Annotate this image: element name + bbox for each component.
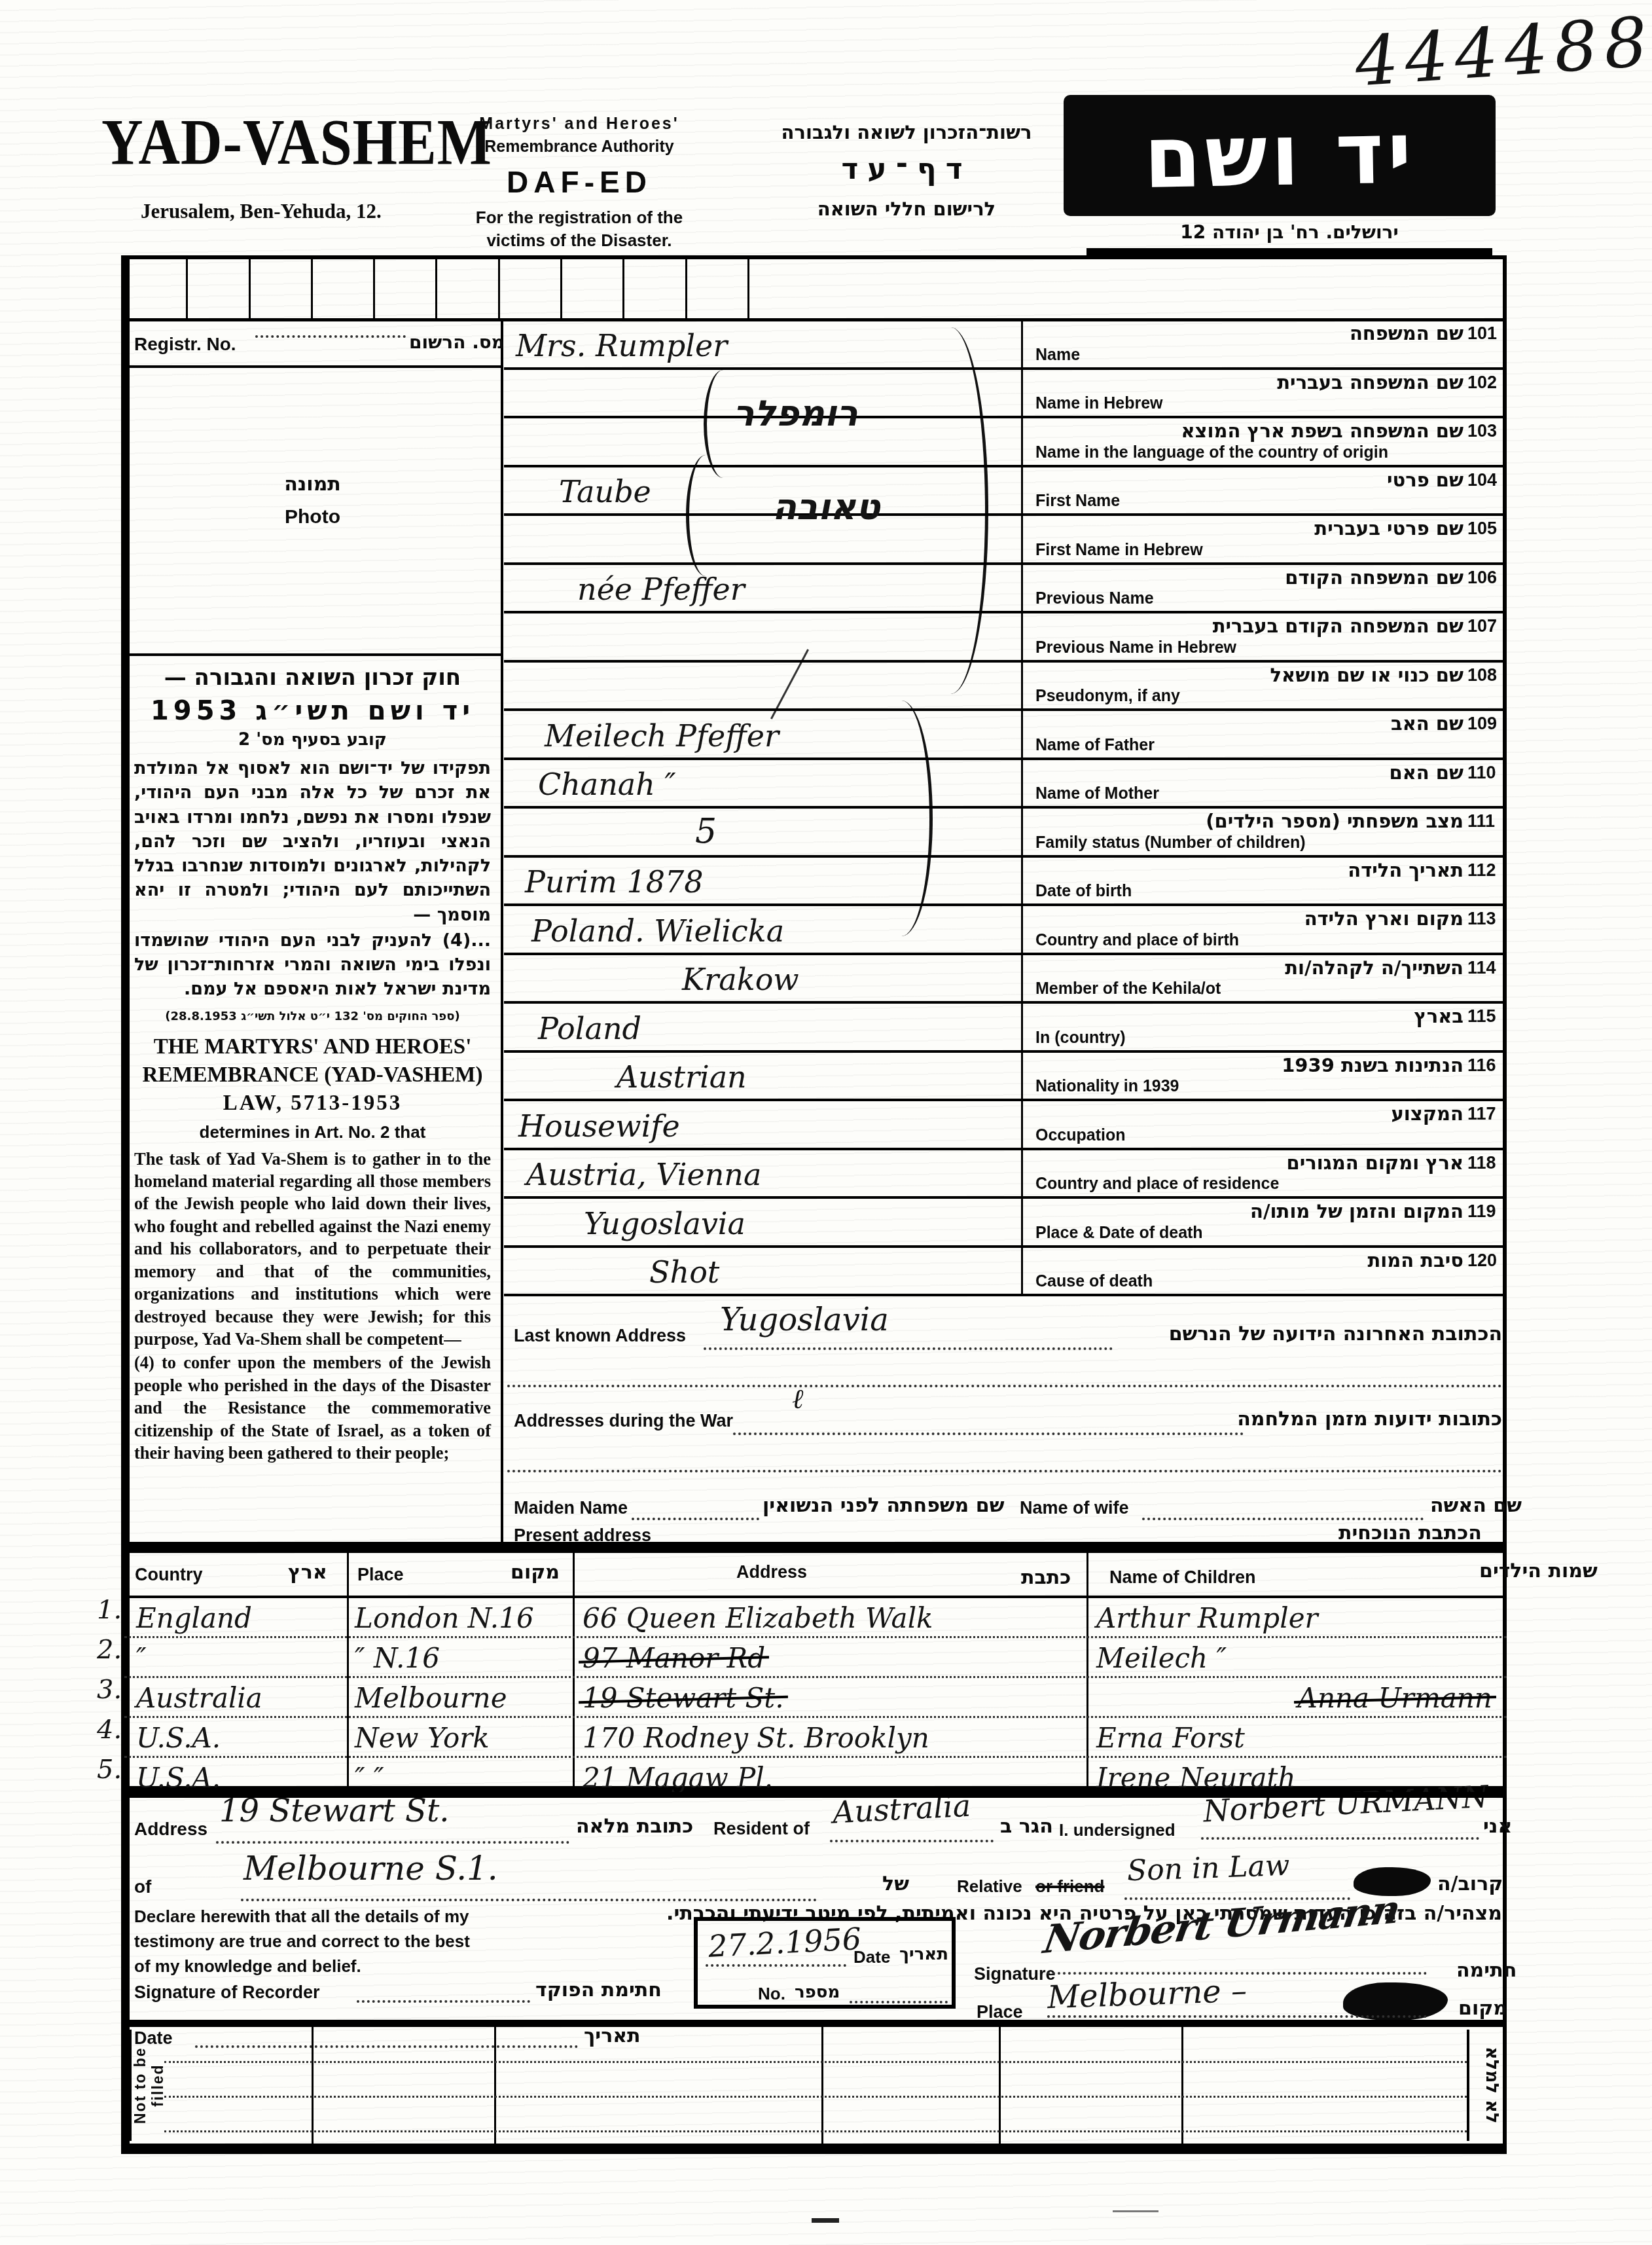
table-divider (1181, 2027, 1183, 2144)
last-known-address-label-hebrew: הכתובת האחרונה הידועה של הנרשם (1126, 1323, 1502, 1345)
field-number: 115 (1467, 1006, 1505, 1027)
resident-of-label: Resident of (713, 1819, 810, 1839)
field-number: 107 (1467, 616, 1505, 636)
signature-label-hebrew: חתימה (1456, 1959, 1517, 1982)
field-number: 120 (1467, 1250, 1505, 1271)
field-number: 114 (1467, 958, 1505, 978)
maiden-name-label: Maiden Name (514, 1498, 628, 1518)
code-box (624, 259, 687, 319)
last-known-address-value: Yugoslavia (720, 1302, 889, 1338)
addresses-during-war-label: Addresses during the War (514, 1411, 733, 1431)
field-number: 109 (1467, 714, 1505, 734)
dotted-rule (164, 2096, 1467, 2098)
field-value-handwritten: née Pfeffer (577, 572, 745, 607)
logo-text: יד ושם (1143, 103, 1416, 208)
name-of-wife-label: Name of wife (1020, 1498, 1129, 1518)
no-label: No. (758, 1984, 785, 2004)
law-text-en: The task of Yad Va-Shem is to gather in … (134, 1148, 491, 1351)
dotted-line (216, 1841, 569, 1844)
field-row-120: 120סיבת המותCause of deathShot (504, 1248, 1507, 1297)
law-title-he-2: יד ושם תשי״ג 1953 (134, 696, 491, 726)
field-number: 103 (1467, 421, 1505, 441)
field-value-handwritten: Austrian (617, 1059, 747, 1095)
field-value-handwritten: Chanah ″ (538, 767, 676, 802)
field-value-handwritten: Poland (538, 1011, 641, 1046)
field-label-english: Name of Father (1035, 736, 1155, 755)
law-text-he: תפקידו של יד־ושם הוא לאסוף אל המולדת את … (134, 756, 491, 927)
field-number: 105 (1467, 519, 1505, 539)
authority-line2: Remembrance Authority (455, 137, 704, 156)
child-name: Arthur Rumpler (1096, 1602, 1318, 1634)
authority-line1: Martyrs' and Heroes' (455, 115, 704, 134)
law-title-en-3: LAW, 5713-1953 (134, 1091, 491, 1116)
law-title-he-3: קובע בסעיף מס' 2 (134, 730, 491, 750)
of-value: Melbourne S.1. (243, 1850, 498, 1888)
child-name: Meilech ″ (1096, 1642, 1227, 1674)
law-text-en-2: (4) to confer upon the members of the Je… (134, 1351, 491, 1464)
signature-of-recorder-label: Signature of Recorder (134, 1982, 320, 2003)
declaration-line3: of my knowledge and belief. (134, 1956, 605, 1977)
dotted-rule (507, 1470, 1502, 1472)
child-address: 21 Magaw Pl. (583, 1762, 773, 1794)
field-row-110: 110שם האםName of MotherChanah ″ (504, 760, 1507, 809)
field-row-109: 109שם האבName of FatherMeilech Pfeffer (504, 711, 1507, 760)
field-value-handwritten: Taube (559, 474, 651, 509)
field-number: 116 (1467, 1055, 1505, 1076)
code-box (188, 259, 250, 319)
field-label-english: Name (1035, 346, 1080, 365)
child-address: 66 Queen Elizabeth Walk (583, 1602, 933, 1634)
field-label-english: Date of birth (1035, 882, 1132, 901)
yad-vashem-logo: יד ושם (1064, 95, 1496, 216)
dotted-rule (507, 1385, 1502, 1387)
address-header-hebrew: כתבת (1021, 1566, 1071, 1589)
date-label: Date (853, 1947, 890, 1967)
field-value-handwritten: Housewife (518, 1108, 680, 1144)
place-label-hebrew: מקום (1458, 1997, 1507, 2020)
child-place: London N.16 (355, 1602, 534, 1634)
declaration-line2: testimony are true and correct to the be… (134, 1931, 605, 1952)
children-row-number: 5. (97, 1755, 122, 1785)
photo-area: תמונה Photo (124, 368, 501, 653)
dotted-line (357, 2000, 530, 2003)
child-country: U.S.A. (136, 1762, 221, 1794)
office-use-table: Not to be filled לא למלא (124, 2020, 1507, 2149)
field-number: 102 (1467, 373, 1505, 393)
code-box (687, 259, 749, 319)
registr-no-line (255, 335, 406, 338)
declaration-line1: Declare herewith that all the details of… (134, 1907, 605, 1927)
field-number: 117 (1467, 1104, 1505, 1124)
undersigned-label: I. undersigned (1059, 1820, 1176, 1840)
code-box (562, 259, 624, 319)
not-to-be-filled-label-hebrew: לא למלא (1467, 2030, 1502, 2141)
code-boxes-strip (126, 259, 749, 319)
dotted-line (1201, 1837, 1479, 1840)
field-label-hebrew: שם המשפחה בעברית (1277, 371, 1463, 393)
field-value-handwritten: Purim 1878 (525, 864, 704, 900)
children-table-row: EnglandLondon N.1666 Queen Elizabeth Wal… (124, 1598, 1507, 1638)
org-address: Jerusalem, Ben-Yehuda, 12. (141, 200, 382, 223)
dotted-line (1142, 1518, 1424, 1520)
child-name: Erna Forst (1096, 1722, 1245, 1754)
law-title-he-1: חוק זכרון השואה והגבורה — (134, 665, 491, 691)
ruled-line (124, 653, 501, 656)
thick-rule (124, 1792, 1507, 1798)
field-number: 106 (1467, 568, 1505, 588)
dotted-line (632, 1518, 759, 1520)
code-box (500, 259, 562, 319)
field-label-hebrew: שם פרטי בעברית (1314, 517, 1463, 539)
law-source-he: (ספר החוקים מס' 132 י״ט אלול תשי״ג 28.8.… (134, 1010, 491, 1023)
field-label-english: In (country) (1035, 1029, 1126, 1048)
addresses-during-war-label-hebrew: כתובות ידועות מזמן המלחמה (1247, 1408, 1502, 1431)
field-label-hebrew: בארץ (1414, 1005, 1463, 1027)
field-label-english: Family status (Number of children) (1035, 833, 1306, 852)
field-label-hebrew: שם האם (1389, 761, 1463, 784)
country-header-hebrew: ארץ (288, 1561, 327, 1584)
name-of-wife-label-hebrew: שם האשה (1430, 1494, 1522, 1517)
field-label-english: First Name in Hebrew (1035, 541, 1203, 560)
field-label-hebrew: הנתינות בשנת 1939 (1282, 1054, 1463, 1076)
child-name: Anna Urmann (1298, 1682, 1492, 1714)
child-place: Melbourne (355, 1682, 507, 1714)
field-row-108: 108שם כנוי או שם מושאלPseudonym, if any (504, 663, 1507, 712)
child-country: U.S.A. (136, 1722, 221, 1754)
date-box: 27.2.1956 Date תאריך No. מספר (694, 1917, 956, 2009)
field-label-hebrew: שם פרטי (1387, 469, 1463, 491)
field-label-english: Pseudonym, if any (1035, 687, 1180, 706)
field-number: 112 (1467, 860, 1505, 881)
declaration-english: Declare herewith that all the details of… (134, 1907, 605, 1977)
org-name: YAD-VASHEM (101, 106, 492, 180)
dotted-line (850, 2001, 948, 2003)
field-label-hebrew: תאריך הלידה (1348, 859, 1463, 881)
child-address: 19 Stewart St. (583, 1682, 784, 1714)
field-label-hebrew: שם המשפחה בשפת ארץ המוצא (1181, 420, 1463, 442)
dotted-rule (164, 2061, 1467, 2063)
registr-no-label: Registr. No. (134, 334, 236, 355)
child-place: ″ N.16 (355, 1642, 440, 1674)
field-number: 104 (1467, 470, 1505, 490)
law-title-en-1: THE MARTYRS' AND HEROES' (134, 1035, 491, 1059)
child-address: 97 Manor Rd (583, 1642, 765, 1674)
field-value-handwritten: Krakow (682, 962, 799, 997)
field-label-hebrew: שם המשפחה (1350, 322, 1463, 344)
dotted-line (704, 1347, 1113, 1350)
children-row-number: 3. (97, 1675, 122, 1705)
field-label-hebrew: ארץ ומקום המגורים (1287, 1152, 1463, 1174)
field-number: 113 (1467, 909, 1505, 929)
field-row-104: 104שם פרטיFirst NameTaubeטאובה (504, 467, 1507, 517)
child-country: ″ (136, 1642, 147, 1674)
address-value: 19 Stewart St. (219, 1793, 450, 1829)
child-address: 170 Rodney St. Brooklyn (583, 1722, 929, 1754)
scan-artifact (1113, 2210, 1158, 2212)
of-label: of (134, 1876, 151, 1897)
maiden-name-label-hebrew: שם משפחתה לפני הנשואין (763, 1494, 1004, 1517)
place-header-hebrew: מקום (511, 1561, 560, 1584)
logo-address: ירושלים. רח' בן יהודה 12 (1086, 221, 1492, 256)
no-label-hebrew: מספר (795, 1982, 840, 2002)
field-label-hebrew: המקצוע (1392, 1103, 1463, 1125)
registr-no-label-hebrew: מס. הרשום (409, 331, 505, 353)
date-value: 27.2.1956 (708, 1921, 863, 1964)
field-label-english: Country and place of birth (1035, 931, 1239, 950)
dotted-line (706, 1964, 846, 1967)
scanned-testimony-page: 444488 YAD-VASHEM Jerusalem, Ben-Yehuda,… (0, 0, 1652, 2245)
children-table-row: AustraliaMelbourne19 Stewart St.Anna Urm… (124, 1678, 1507, 1718)
form-code: DAF-ED (455, 164, 704, 200)
child-place: ″ ″ (355, 1762, 384, 1794)
field-label-english: Place & Date of death (1035, 1224, 1203, 1243)
field-value-handwritten: Shot (649, 1254, 719, 1290)
field-number: 108 (1467, 665, 1505, 685)
field-value-handwritten: Meilech Pfeffer (545, 718, 779, 754)
field-row-103: 103שם המשפחה בשפת ארץ המוצאName in the l… (504, 418, 1507, 467)
scan-artifact (812, 2218, 839, 2223)
field-label-english: Previous Name in Hebrew (1035, 638, 1236, 657)
field-value-handwritten: 5 (695, 812, 717, 851)
thick-rule (124, 1542, 1507, 1548)
children-table: Country ארץ Place מקום Address כתבת Name… (124, 1547, 1507, 1792)
authority-hebrew: רשות־הזכרון לשואה ולגבורה (779, 121, 1034, 143)
authority-block: Martyrs' and Heroes' Remembrance Authori… (455, 115, 704, 251)
children-table-row: ″″ N.1697 Manor RdMeilech ″ (124, 1638, 1507, 1678)
field-number: 101 (1467, 323, 1505, 344)
relative-label: Relative (957, 1876, 1022, 1897)
code-box (375, 259, 437, 319)
child-country: Australia (136, 1682, 262, 1714)
field-value-handwritten: Poland. Wielicka (531, 913, 784, 949)
not-to-be-filled-label: Not to be filled (129, 2030, 164, 2141)
purpose-line2: victims of the Disaster. (455, 230, 704, 251)
resident-hebrew: הגר ב (1000, 1815, 1053, 1838)
field-value-handwritten: Austria, Vienna (526, 1157, 761, 1192)
field-label-hebrew: מקום וארץ הלידה (1304, 907, 1463, 930)
child-country: England (136, 1602, 252, 1634)
children-header: Name of Children (1109, 1567, 1256, 1588)
law-subtitle-en: determines in Art. No. 2 that (134, 1122, 491, 1142)
relative-hebrew: קרוב/ה (1437, 1872, 1503, 1895)
field-number: 110 (1467, 763, 1505, 783)
code-box (437, 259, 499, 319)
purpose-hebrew: לרישום חללי השואה (779, 198, 1034, 220)
field-row-101: 101שם המשפחהNameMrs. Rumpler (504, 321, 1507, 370)
field-row-105: 105שם פרטי בעבריתFirst Name in Hebrew (504, 516, 1507, 565)
signature-label: Signature (974, 1964, 1056, 1984)
registration-number-handwritten: 444488 (1352, 1, 1652, 102)
last-known-address-label: Last known Address (514, 1326, 686, 1346)
place-header: Place (357, 1565, 404, 1585)
purpose-line1: For the registration of the (455, 208, 704, 228)
children-header-hebrew: שמות הילדים (1479, 1560, 1598, 1582)
children-table-row: U.S.A.New York170 Rodney St. BrooklynErn… (124, 1718, 1507, 1758)
dotted-line (733, 1433, 1244, 1435)
field-value-handwritten: Mrs. Rumpler (516, 328, 727, 363)
country-header: Country (135, 1565, 203, 1585)
photo-label-english: Photo (124, 506, 501, 528)
address-header: Address (736, 1562, 807, 1582)
addresses-during-war-scribble: ℓ (792, 1383, 804, 1415)
field-label-english: First Name (1035, 492, 1120, 511)
field-label-hebrew: שם כנוי או שם מושאל (1270, 664, 1463, 686)
dotted-line (241, 1899, 817, 1901)
present-address-label-hebrew: הכתבת הנוכחית (1338, 1522, 1482, 1544)
field-label-english: Name in Hebrew (1035, 394, 1163, 413)
field-label-hebrew: שם האב (1391, 712, 1463, 735)
field-label-english: Name in the language of the country of o… (1035, 443, 1388, 462)
child-name: Irene Neurath (1096, 1762, 1295, 1794)
field-label-hebrew: סיבת המות (1367, 1249, 1463, 1271)
field-label-hebrew: שם המשפחה הקודם בעברית (1213, 615, 1463, 637)
field-row-112: 112תאריך הלידהDate of birthPurim 1878 (504, 858, 1507, 907)
field-row-106: 106שם המשפחה הקודםPrevious Namenée Pfeff… (504, 565, 1507, 614)
field-row-107: 107שם המשפחה הקודם בעבריתPrevious Name i… (504, 613, 1507, 663)
field-number: 118 (1467, 1153, 1505, 1173)
table-divider (821, 2027, 823, 2144)
field-label-hebrew: השתייך/ה לקהלה/ות (1285, 957, 1463, 979)
photo-label-hebrew: תמונה (124, 473, 501, 496)
dotted-line (830, 1840, 994, 1842)
field-label-english: Occupation (1035, 1126, 1126, 1145)
code-box (251, 259, 313, 319)
relative-struck-label: or friend (1035, 1876, 1104, 1897)
law-sidebar: חוק זכרון השואה והגבורה — יד ושם תשי״ג 1… (134, 665, 491, 1465)
relative-value: Son in Law (1126, 1849, 1290, 1888)
field-row-111: 111מצב משפחתי (מספר הילדים)Family status… (504, 809, 1507, 858)
field-row-115: 115בארץIn (country)Poland (504, 1004, 1507, 1053)
place-value: Melbourne – (1047, 1973, 1248, 2017)
field-row-118: 118ארץ ומקום המגוריםCountry and place of… (504, 1150, 1507, 1199)
field-row-119: 119המקום והזמן של מותו/הPlace & Date of … (504, 1199, 1507, 1248)
field-number: 119 (1467, 1201, 1505, 1222)
field-label-english: Name of Mother (1035, 784, 1159, 803)
law-title-en-2: REMEMBRANCE (YAD-VASHEM) (134, 1063, 491, 1087)
field-label-english: Country and place of residence (1035, 1175, 1279, 1194)
undersigned-hebrew: אני (1483, 1815, 1512, 1838)
field-row-102: 102שם המשפחה בעבריתName in Hebrewרומפלר (504, 370, 1507, 419)
dotted-line (1047, 2015, 1427, 2018)
law-text-he-2: ...(4) להעניק לבני העם היהודי שהושמדו ונ… (134, 928, 491, 1002)
field-row-114: 114השתייך/ה לקהלה/ותMember of the Kehila… (504, 955, 1507, 1004)
field-label-hebrew: המקום והזמן של מותו/ה (1250, 1200, 1463, 1222)
table-divider (999, 2027, 1001, 2144)
form-code-hebrew: דף־עד (779, 153, 1034, 186)
dotted-rule (164, 2130, 1467, 2132)
child-place: New York (355, 1722, 490, 1754)
field-label-english: Cause of death (1035, 1272, 1153, 1291)
field-row-113: 113מקום וארץ הלידהCountry and place of b… (504, 906, 1507, 955)
field-label-english: Previous Name (1035, 589, 1154, 608)
field-label-english: Member of the Kehila/ot (1035, 979, 1221, 998)
code-box (313, 259, 375, 319)
table-divider (312, 2027, 314, 2144)
field-row-117: 117המקצועOccupationHousewife (504, 1101, 1507, 1150)
field-row-116: 116הנתינות בשנת 1939Nationality in 1939A… (504, 1053, 1507, 1102)
signature-of-recorder-hebrew: חתימת הפוקד (535, 1979, 662, 2001)
address-label: Address (134, 1819, 207, 1840)
children-row-number: 4. (97, 1715, 122, 1745)
field-label-hebrew: שם המשפחה הקודם (1285, 566, 1463, 589)
code-box (126, 259, 188, 319)
authority-block-hebrew: רשות־הזכרון לשואה ולגבורה דף־עד לרישום ח… (779, 121, 1034, 220)
full-address-hebrew: כתובת מלאה (576, 1815, 693, 1838)
children-row-number: 1. (97, 1595, 122, 1625)
field-value-handwritten: Yugoslavia (584, 1206, 745, 1241)
column-divider (501, 318, 503, 1547)
date-label-hebrew: תאריך (899, 1944, 948, 1964)
field-number: 111 (1467, 811, 1505, 831)
field-label-english: Nationality in 1939 (1035, 1077, 1179, 1096)
of-hebrew: של (882, 1872, 909, 1895)
table-divider (494, 2027, 496, 2144)
field-label-hebrew: מצב משפחתי (מספר הילדים) (1206, 810, 1463, 832)
children-table-header: Country ארץ Place מקום Address כתבת Name… (124, 1553, 1507, 1598)
children-row-number: 2. (97, 1635, 122, 1665)
